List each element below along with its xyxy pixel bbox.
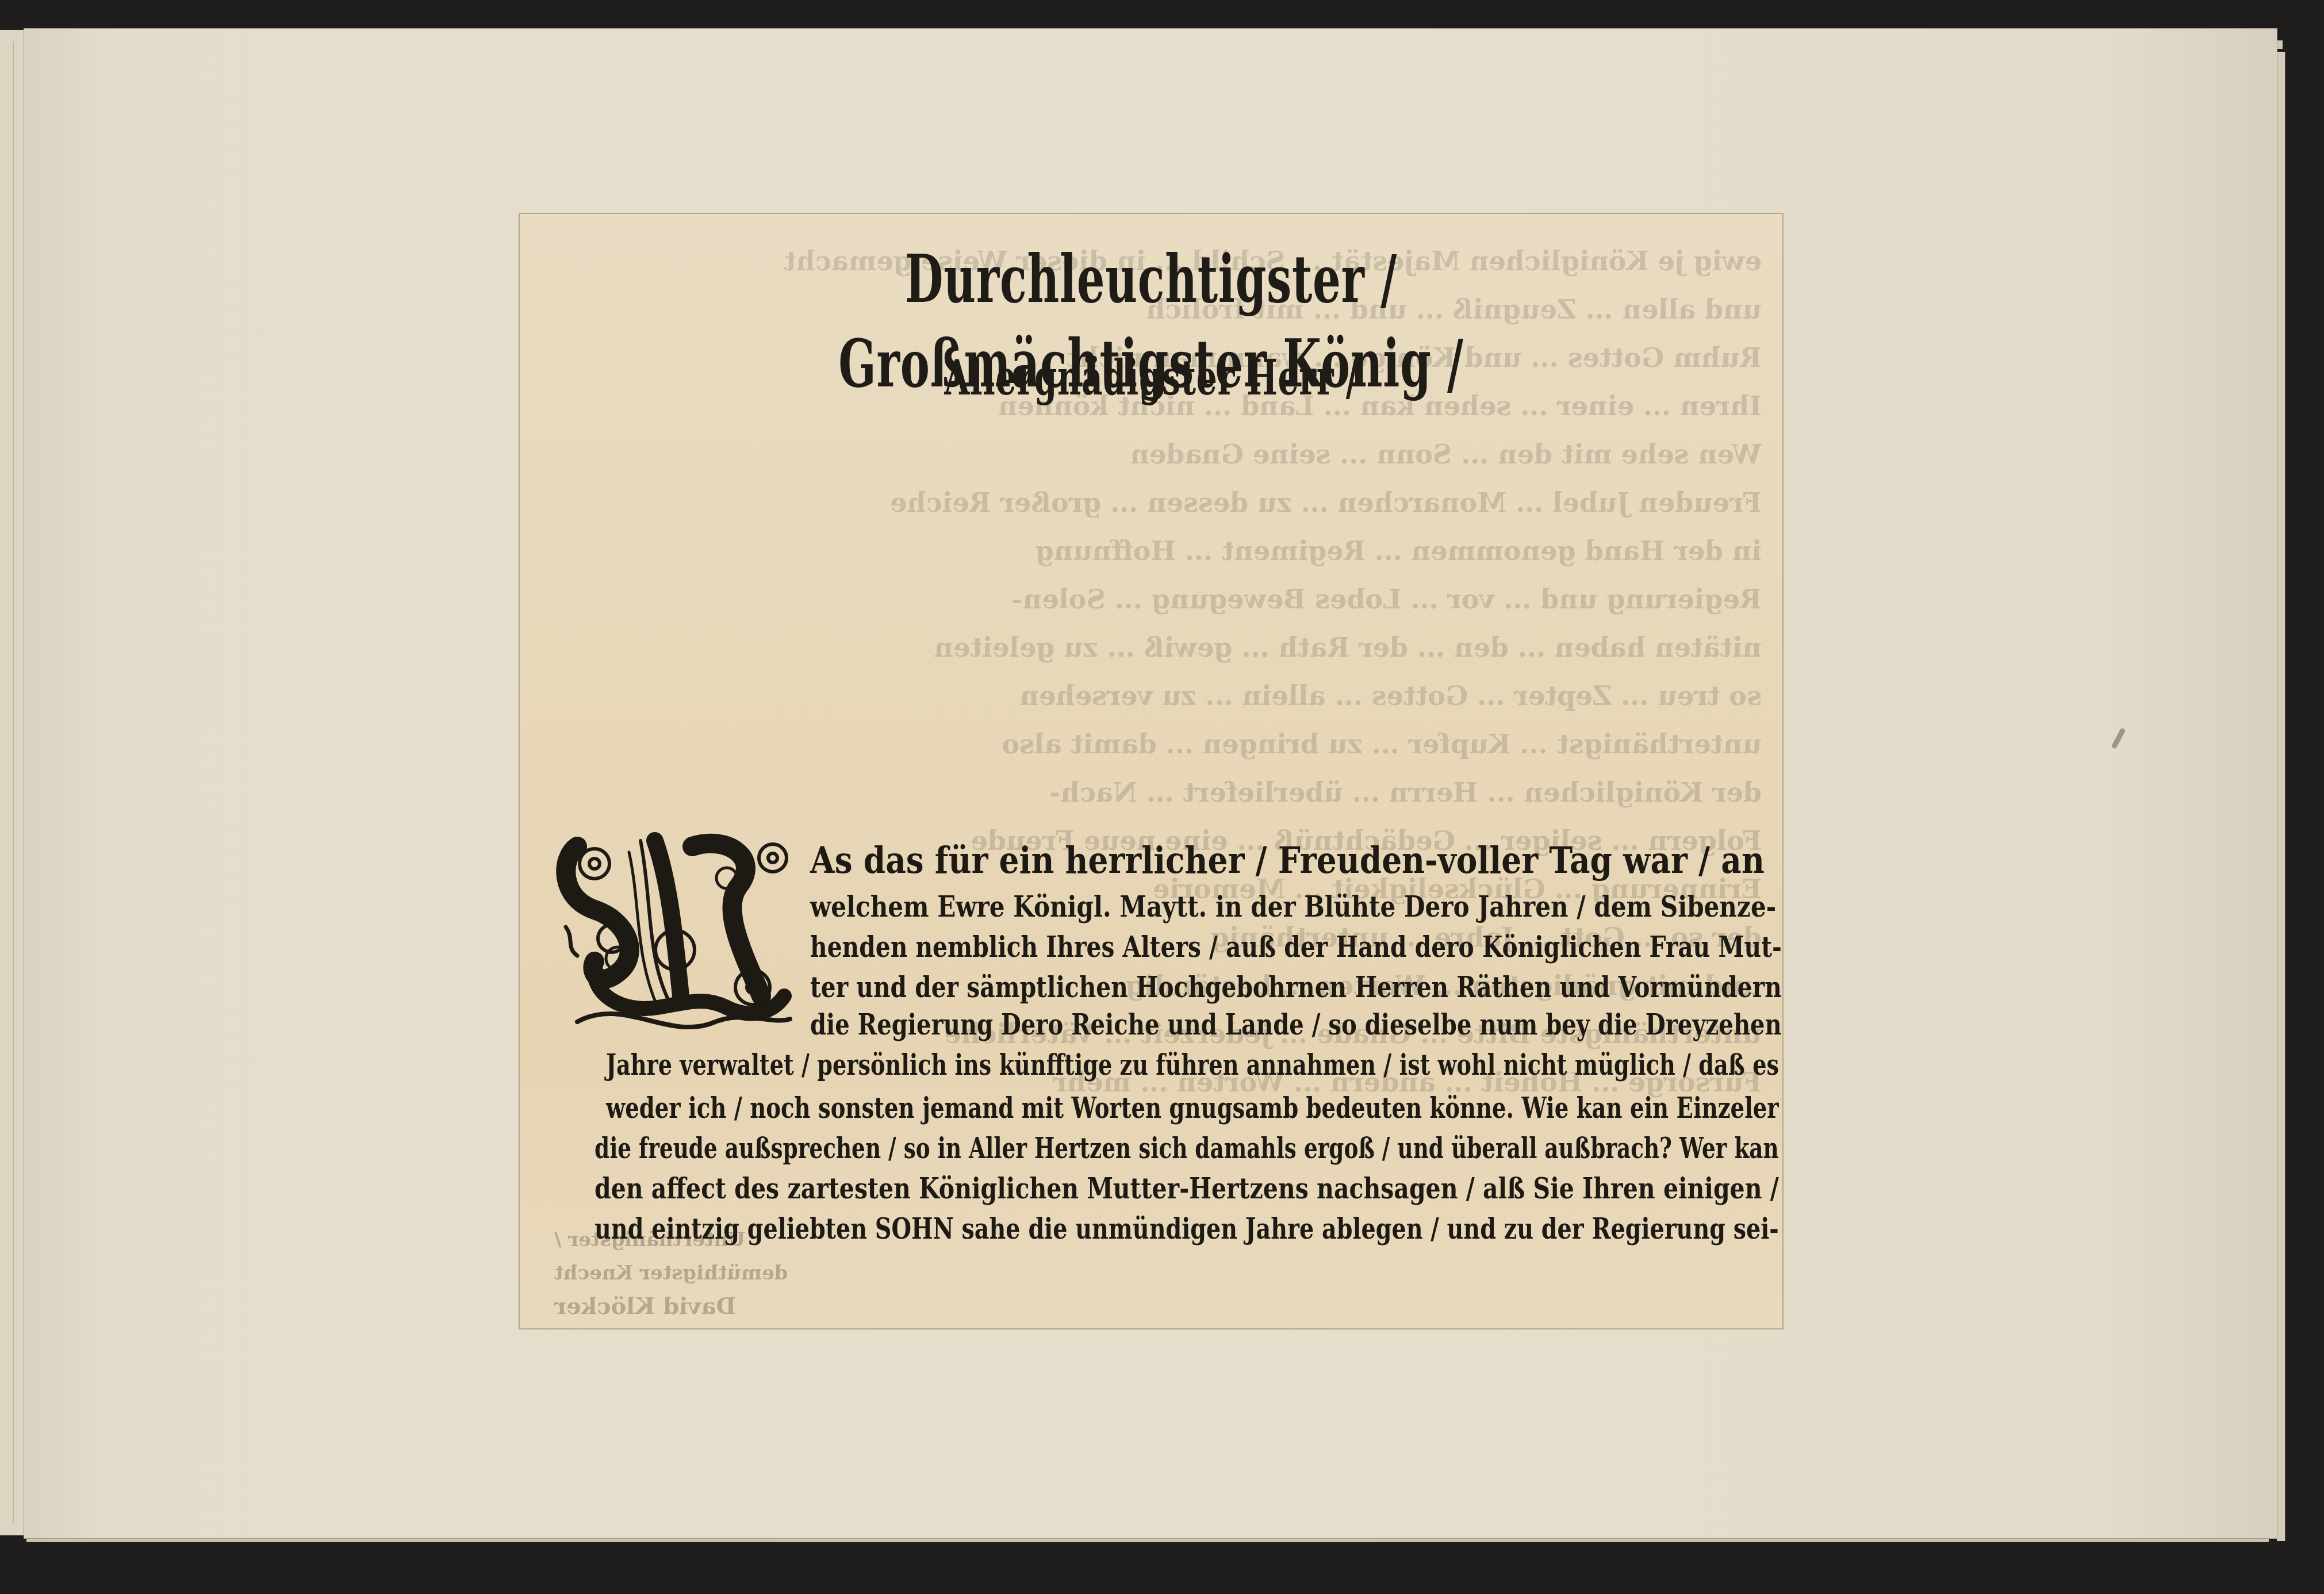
body-text: As das für ein herrlicher / Freuden-voll… — [520, 818, 1784, 1329]
previous-leaf-edge — [0, 30, 26, 1535]
body-line-8: die freude außsprechen / so in Aller Her… — [595, 1128, 1779, 1168]
page-stack-right-edge — [2277, 52, 2286, 1541]
body-line-4: ter und der sämptlichen Hochgebohrnen He… — [810, 967, 1782, 1007]
body-line-7: weder ich / noch sonsten jemand mit Wort… — [606, 1088, 1779, 1128]
body-line-1: As das für ein herrlicher / Freuden-voll… — [810, 841, 1765, 881]
body-line-3: henden nemblich Ihres Alters / auß der H… — [810, 927, 1782, 967]
body-line-5: die Regierung Dero Reiche und Lande / so… — [810, 1005, 1782, 1045]
paper-fiber-mark — [2111, 727, 2126, 749]
binding-fold — [13, 41, 14, 1524]
body-line-9: den affect des zartesten Königlichen Mut… — [595, 1168, 1779, 1209]
body-line-6: Jahre verwaltet / persönlich ins künffti… — [606, 1045, 1779, 1085]
body-line-2: welchem Ewre Königl. Maytt. in der Blüht… — [810, 887, 1776, 927]
printed-leaf: ewig je Königlichen Majestät ... Schild … — [519, 213, 1784, 1329]
body-line-10: und eintzig geliebten SOHN sahe die unmü… — [595, 1209, 1779, 1249]
heading-subsalutation: Allergnädigster Herr / — [520, 346, 1782, 409]
